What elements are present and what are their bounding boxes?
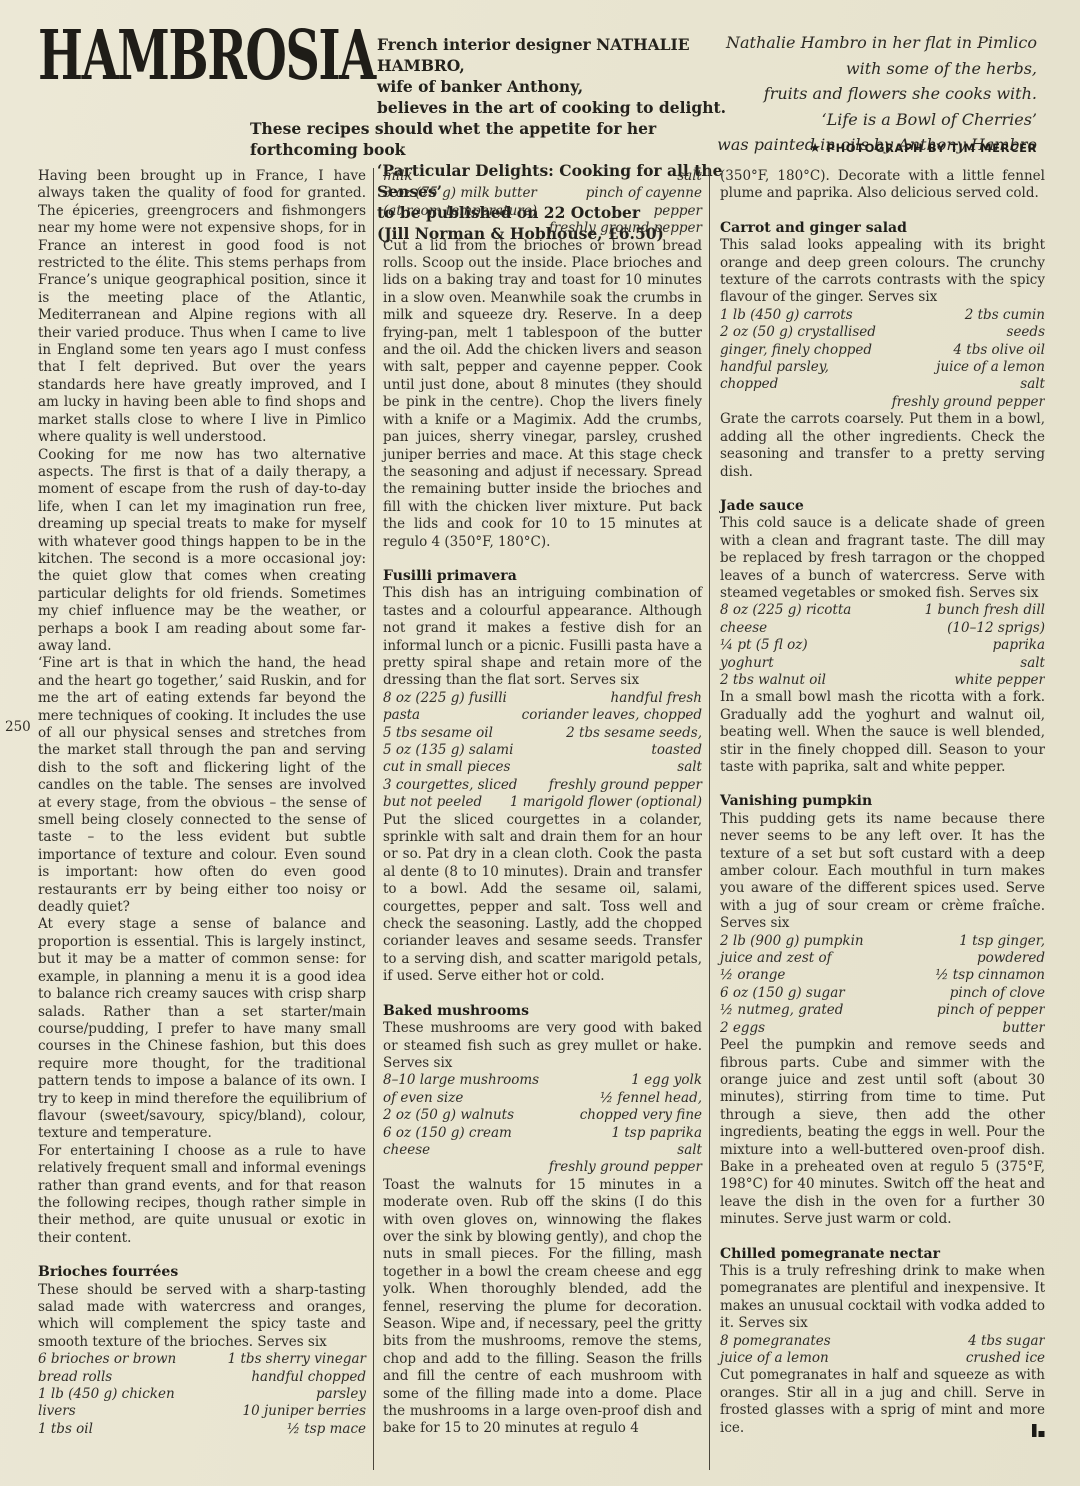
ingredient-row: 6 brioches or brown1 tbs sherry vinegar: [38, 1351, 366, 1368]
ingredient-left: ½ orange: [720, 967, 785, 984]
ingredient-left: ¼ pt (5 fl oz): [720, 637, 808, 654]
recipe-method: Peel the pumpkin and remove seeds and fi…: [720, 1037, 1045, 1228]
ingredient-right: paprika: [993, 637, 1045, 654]
recipe-method: Grate the carrots coarsely. Put them in …: [720, 411, 1045, 481]
ingredient-right: parsley: [316, 1386, 366, 1403]
ingredient-left: 2 tbs walnut oil: [720, 672, 826, 689]
ingredient-row: of even size½ fennel head,: [383, 1090, 702, 1107]
recipe-method: Toast the walnuts for 15 minutes in a mo…: [383, 1177, 702, 1438]
column-2: milksalt3 oz (75 g) milk butterpinch of …: [374, 168, 710, 1470]
ingredient-right: 4 tbs olive oil: [953, 342, 1045, 359]
ingredient-right: (10–12 sprigs): [947, 620, 1045, 637]
end-mark-icon: [1032, 1424, 1045, 1442]
ingredient-left: of even size: [383, 1090, 463, 1107]
ingredient-list: 2 lb (900 g) pumpkin1 tsp ginger,juice a…: [720, 933, 1045, 1037]
ingredient-list: 8–10 large mushrooms1 egg yolkof even si…: [383, 1072, 702, 1176]
ingredient-row: juice and zest ofpowdered: [720, 950, 1045, 967]
ingredient-list: 1 lb (450 g) carrots2 tbs cumin2 oz (50 …: [720, 307, 1045, 411]
ingredient-left: 5 tbs sesame oil: [383, 725, 493, 742]
recipe-title-vanishing-pumpkin: Vanishing pumpkin: [720, 793, 1045, 810]
ingredient-left: but not peeled: [383, 794, 482, 811]
ingredient-right: seeds: [1007, 324, 1045, 341]
ingredient-left: 2 eggs: [720, 1020, 765, 1037]
ingredient-row: 1 tbs oil½ tsp mace: [38, 1421, 366, 1438]
ingredient-right: 1 tbs sherry vinegar: [228, 1351, 366, 1368]
ingredient-row: 8 oz (225 g) fusillihandful fresh: [383, 690, 702, 707]
ingredient-left: handful parsley,: [720, 359, 829, 376]
ingredient-left: pasta: [383, 707, 420, 724]
ingredient-left: livers: [38, 1403, 76, 1420]
ingredient-right: 2 tbs cumin: [965, 307, 1045, 324]
ingredient-left: 6 brioches or brown: [38, 1351, 176, 1368]
page-title: HAMBROSIA: [38, 22, 375, 90]
ingredient-left: cheese: [383, 1142, 430, 1159]
ingredient-list: milksalt3 oz (75 g) milk butterpinch of …: [383, 168, 702, 238]
ingredient-right: 10 juniper berries: [242, 1403, 366, 1420]
recipe-intro: This dish has an intriguing combination …: [383, 585, 702, 689]
ingredient-row: ¼ pt (5 fl oz)paprika: [720, 637, 1045, 654]
ingredient-right: freshly ground pepper: [892, 394, 1045, 411]
ingredient-row: choppedsalt: [720, 376, 1045, 393]
photo-credit-text: PHOTOGRAPH BY TIM MERCER: [827, 141, 1037, 155]
ingredient-row: freshly ground pepper: [720, 394, 1045, 411]
ingredient-right: salt: [677, 759, 702, 776]
photo-caption-line: ‘Life is a Bowl of Cherries’: [697, 107, 1037, 133]
ingredient-right: ½ tsp mace: [287, 1421, 366, 1438]
ingredient-row: 2 oz (50 g) crystallisedseeds: [720, 324, 1045, 341]
ingredient-row: 6 oz (150 g) cream1 tsp paprika: [383, 1125, 702, 1142]
ingredient-list: 8 oz (225 g) ricotta1 bunch fresh dillch…: [720, 602, 1045, 689]
recipe-title-baked-mushrooms: Baked mushrooms: [383, 1003, 702, 1020]
ingredient-left: 6 oz (150 g) cream: [383, 1125, 512, 1142]
lead-paragraph: For entertaining I choose as a rule to h…: [38, 1143, 366, 1247]
ingredient-right: 2 tbs sesame seeds,: [566, 725, 702, 742]
photo-caption-line: Nathalie Hambro in her flat in Pimlico: [697, 30, 1037, 56]
ingredient-left: chopped: [720, 376, 778, 393]
recipe-intro: This is a truly refreshing drink to make…: [720, 1263, 1045, 1333]
ingredient-right: chopped very fine: [580, 1107, 702, 1124]
ingredient-right: freshly ground pepper: [549, 1159, 702, 1176]
ingredient-row: (at room temperature)pepper: [383, 203, 702, 220]
ingredient-row: ½ orange½ tsp cinnamon: [720, 967, 1045, 984]
recipe-intro: This salad looks appealing with its brig…: [720, 237, 1045, 307]
ingredient-row: livers10 juniper berries: [38, 1403, 366, 1420]
ingredient-row: 1 lb (450 g) carrots2 tbs cumin: [720, 307, 1045, 324]
ingredient-right: 1 marigold flower (optional): [510, 794, 702, 811]
lead-paragraph: Having been brought up in France, I have…: [38, 168, 366, 447]
ingredient-row: 2 oz (50 g) walnutschopped very fine: [383, 1107, 702, 1124]
photo-caption: Nathalie Hambro in her flat in Pimlico w…: [697, 30, 1037, 158]
recipe-intro: These should be served with a sharp-tast…: [38, 1282, 366, 1352]
ingredient-left: milk: [383, 168, 413, 185]
recipe-title-brioches: Brioches fourrées: [38, 1264, 366, 1281]
ingredient-right: 1 bunch fresh dill: [925, 602, 1045, 619]
lead-paragraph: At every stage a sense of balance and pr…: [38, 916, 366, 1142]
ingredient-left: 1 tbs oil: [38, 1421, 93, 1438]
ingredient-row: 2 tbs walnut oilwhite pepper: [720, 672, 1045, 689]
ingredient-row: 2 eggsbutter: [720, 1020, 1045, 1037]
ingredient-left: (at room temperature): [383, 203, 537, 220]
ingredient-left: cut in small pieces: [383, 759, 510, 776]
recipe-title-carrot-ginger: Carrot and ginger salad: [720, 220, 1045, 237]
ingredient-row: ½ nutmeg, gratedpinch of pepper: [720, 1002, 1045, 1019]
column-1: Having been brought up in France, I have…: [38, 168, 374, 1470]
ingredient-row: 5 oz (135 g) salamitoasted: [383, 742, 702, 759]
photo-credit: ★PHOTOGRAPH BY TIM MERCER: [809, 141, 1037, 156]
ingredient-row: cheese(10–12 sprigs): [720, 620, 1045, 637]
ingredient-left: ginger, finely chopped: [720, 342, 872, 359]
ingredient-right: pinch of pepper: [937, 1002, 1045, 1019]
ingredient-right: 1 egg yolk: [631, 1072, 702, 1089]
ingredient-row: 8 oz (225 g) ricotta1 bunch fresh dill: [720, 602, 1045, 619]
recipe-title-jade-sauce: Jade sauce: [720, 498, 1045, 515]
ingredient-left: 3 courgettes, sliced: [383, 777, 517, 794]
ingredient-row: cheesesalt: [383, 1142, 702, 1159]
ingredient-right: crushed ice: [966, 1350, 1045, 1367]
ingredient-left: 2 oz (50 g) walnuts: [383, 1107, 514, 1124]
ingredient-left: 1 lb (450 g) chicken: [38, 1386, 175, 1403]
page-number: 250: [5, 719, 31, 735]
ingredient-left: yoghurt: [720, 655, 774, 672]
ingredient-right: coriander leaves, chopped: [522, 707, 702, 724]
ingredient-left: ½ nutmeg, grated: [720, 1002, 843, 1019]
ingredient-left: 8 oz (225 g) fusilli: [383, 690, 507, 707]
ingredient-row: bread rollshandful chopped: [38, 1369, 366, 1386]
ingredient-left: bread rolls: [38, 1369, 112, 1386]
magazine-page: HAMBROSIA French interior designer NATHA…: [0, 0, 1080, 1486]
recipe-intro: This pudding gets its name because there…: [720, 811, 1045, 933]
ingredient-list: 8 oz (225 g) fusillihandful freshpastaco…: [383, 690, 702, 812]
ingredient-right: butter: [1002, 1020, 1045, 1037]
recipe-method: Put the sliced courgettes in a colander,…: [383, 812, 702, 986]
ingredient-left: 8 oz (225 g) ricotta: [720, 602, 851, 619]
ingredient-left: juice and zest of: [720, 950, 832, 967]
ingredient-left: 5 oz (135 g) salami: [383, 742, 513, 759]
ingredient-left: 3 oz (75 g) milk butter: [383, 185, 537, 202]
ingredient-right: pinch of cayenne: [586, 185, 702, 202]
ingredient-row: yoghurtsalt: [720, 655, 1045, 672]
ingredient-right: 1 tsp ginger,: [959, 933, 1045, 950]
ingredient-row: milksalt: [383, 168, 702, 185]
ingredient-right: ½ tsp cinnamon: [935, 967, 1045, 984]
ingredient-right: salt: [677, 1142, 702, 1159]
ingredient-left: 8 pomegranates: [720, 1333, 831, 1350]
ingredient-row: 8 pomegranates4 tbs sugar: [720, 1333, 1045, 1350]
ingredient-right: salt: [1020, 376, 1045, 393]
ingredient-left: 1 lb (450 g) carrots: [720, 307, 853, 324]
recipe-title-fusilli: Fusilli primavera: [383, 568, 702, 585]
recipe-method: Cut a lid from the brioches or brown bre…: [383, 238, 702, 551]
lead-paragraph: Cooking for me now has two alternative a…: [38, 447, 366, 656]
ingredient-row: 1 lb (450 g) chickenparsley: [38, 1386, 366, 1403]
ingredient-row: 2 lb (900 g) pumpkin1 tsp ginger,: [720, 933, 1045, 950]
ingredient-row: 5 tbs sesame oil2 tbs sesame seeds,: [383, 725, 702, 742]
ingredient-list: 6 brioches or brown1 tbs sherry vinegarb…: [38, 1351, 366, 1438]
ingredient-row: cut in small piecessalt: [383, 759, 702, 776]
recipe-intro: This cold sauce is a delicate shade of g…: [720, 515, 1045, 602]
ingredient-left: 2 lb (900 g) pumpkin: [720, 933, 864, 950]
ingredient-left: juice of a lemon: [720, 1350, 829, 1367]
ingredient-row: 3 courgettes, slicedfreshly ground peppe…: [383, 777, 702, 794]
standfirst-line: These recipes should whet the appetite f…: [250, 118, 757, 160]
ingredient-row: but not peeled1 marigold flower (optiona…: [383, 794, 702, 811]
ingredient-right: salt: [677, 168, 702, 185]
photo-caption-line: fruits and flowers she cooks with.: [697, 81, 1037, 107]
article-body: Having been brought up in France, I have…: [38, 168, 1045, 1470]
ingredient-row: 8–10 large mushrooms1 egg yolk: [383, 1072, 702, 1089]
ingredient-row: handful parsley,juice of a lemon: [720, 359, 1045, 376]
ingredient-row: pastacoriander leaves, chopped: [383, 707, 702, 724]
recipe-method: In a small bowl mash the ricotta with a …: [720, 689, 1045, 776]
ingredient-left: 2 oz (50 g) crystallised: [720, 324, 876, 341]
ingredient-right: 1 tsp paprika: [612, 1125, 703, 1142]
ingredient-row: 6 oz (150 g) sugarpinch of clove: [720, 985, 1045, 1002]
ingredient-right: pinch of clove: [950, 985, 1045, 1002]
ingredient-row: freshly ground pepper: [383, 220, 702, 237]
recipe-method-continued: (350°F, 180°C). Decorate with a little f…: [720, 168, 1045, 203]
photo-caption-line: with some of the herbs,: [697, 56, 1037, 82]
star-icon: ★: [809, 141, 821, 156]
ingredient-right: white pepper: [954, 672, 1045, 689]
lead-paragraph: ‘Fine art is that in which the hand, the…: [38, 655, 366, 916]
ingredient-row: 3 oz (75 g) milk butterpinch of cayenne: [383, 185, 702, 202]
recipe-method: Cut pomegranates in half and squeeze as …: [720, 1367, 1045, 1437]
column-3: (350°F, 180°C). Decorate with a little f…: [710, 168, 1045, 1470]
ingredient-right: handful fresh: [611, 690, 702, 707]
ingredient-row: ginger, finely chopped4 tbs olive oil: [720, 342, 1045, 359]
ingredient-left: cheese: [720, 620, 767, 637]
ingredient-left: 6 oz (150 g) sugar: [720, 985, 845, 1002]
ingredient-right: toasted: [651, 742, 702, 759]
ingredient-row: freshly ground pepper: [383, 1159, 702, 1176]
ingredient-right: ½ fennel head,: [600, 1090, 702, 1107]
ingredient-right: 4 tbs sugar: [968, 1333, 1045, 1350]
ingredient-right: powdered: [977, 950, 1045, 967]
ingredient-right: salt: [1020, 655, 1045, 672]
ingredient-row: juice of a lemoncrushed ice: [720, 1350, 1045, 1367]
ingredient-right: handful chopped: [251, 1369, 366, 1386]
ingredient-left: 8–10 large mushrooms: [383, 1072, 539, 1089]
ingredient-right: juice of a lemon: [936, 359, 1045, 376]
ingredient-right: pepper: [654, 203, 702, 220]
ingredient-right: freshly ground pepper: [549, 777, 702, 794]
ingredient-list: 8 pomegranates4 tbs sugarjuice of a lemo…: [720, 1333, 1045, 1368]
recipe-title-pomegranate-nectar: Chilled pomegranate nectar: [720, 1246, 1045, 1263]
ingredient-right: freshly ground pepper: [549, 220, 702, 237]
recipe-intro: These mushrooms are very good with baked…: [383, 1020, 702, 1072]
